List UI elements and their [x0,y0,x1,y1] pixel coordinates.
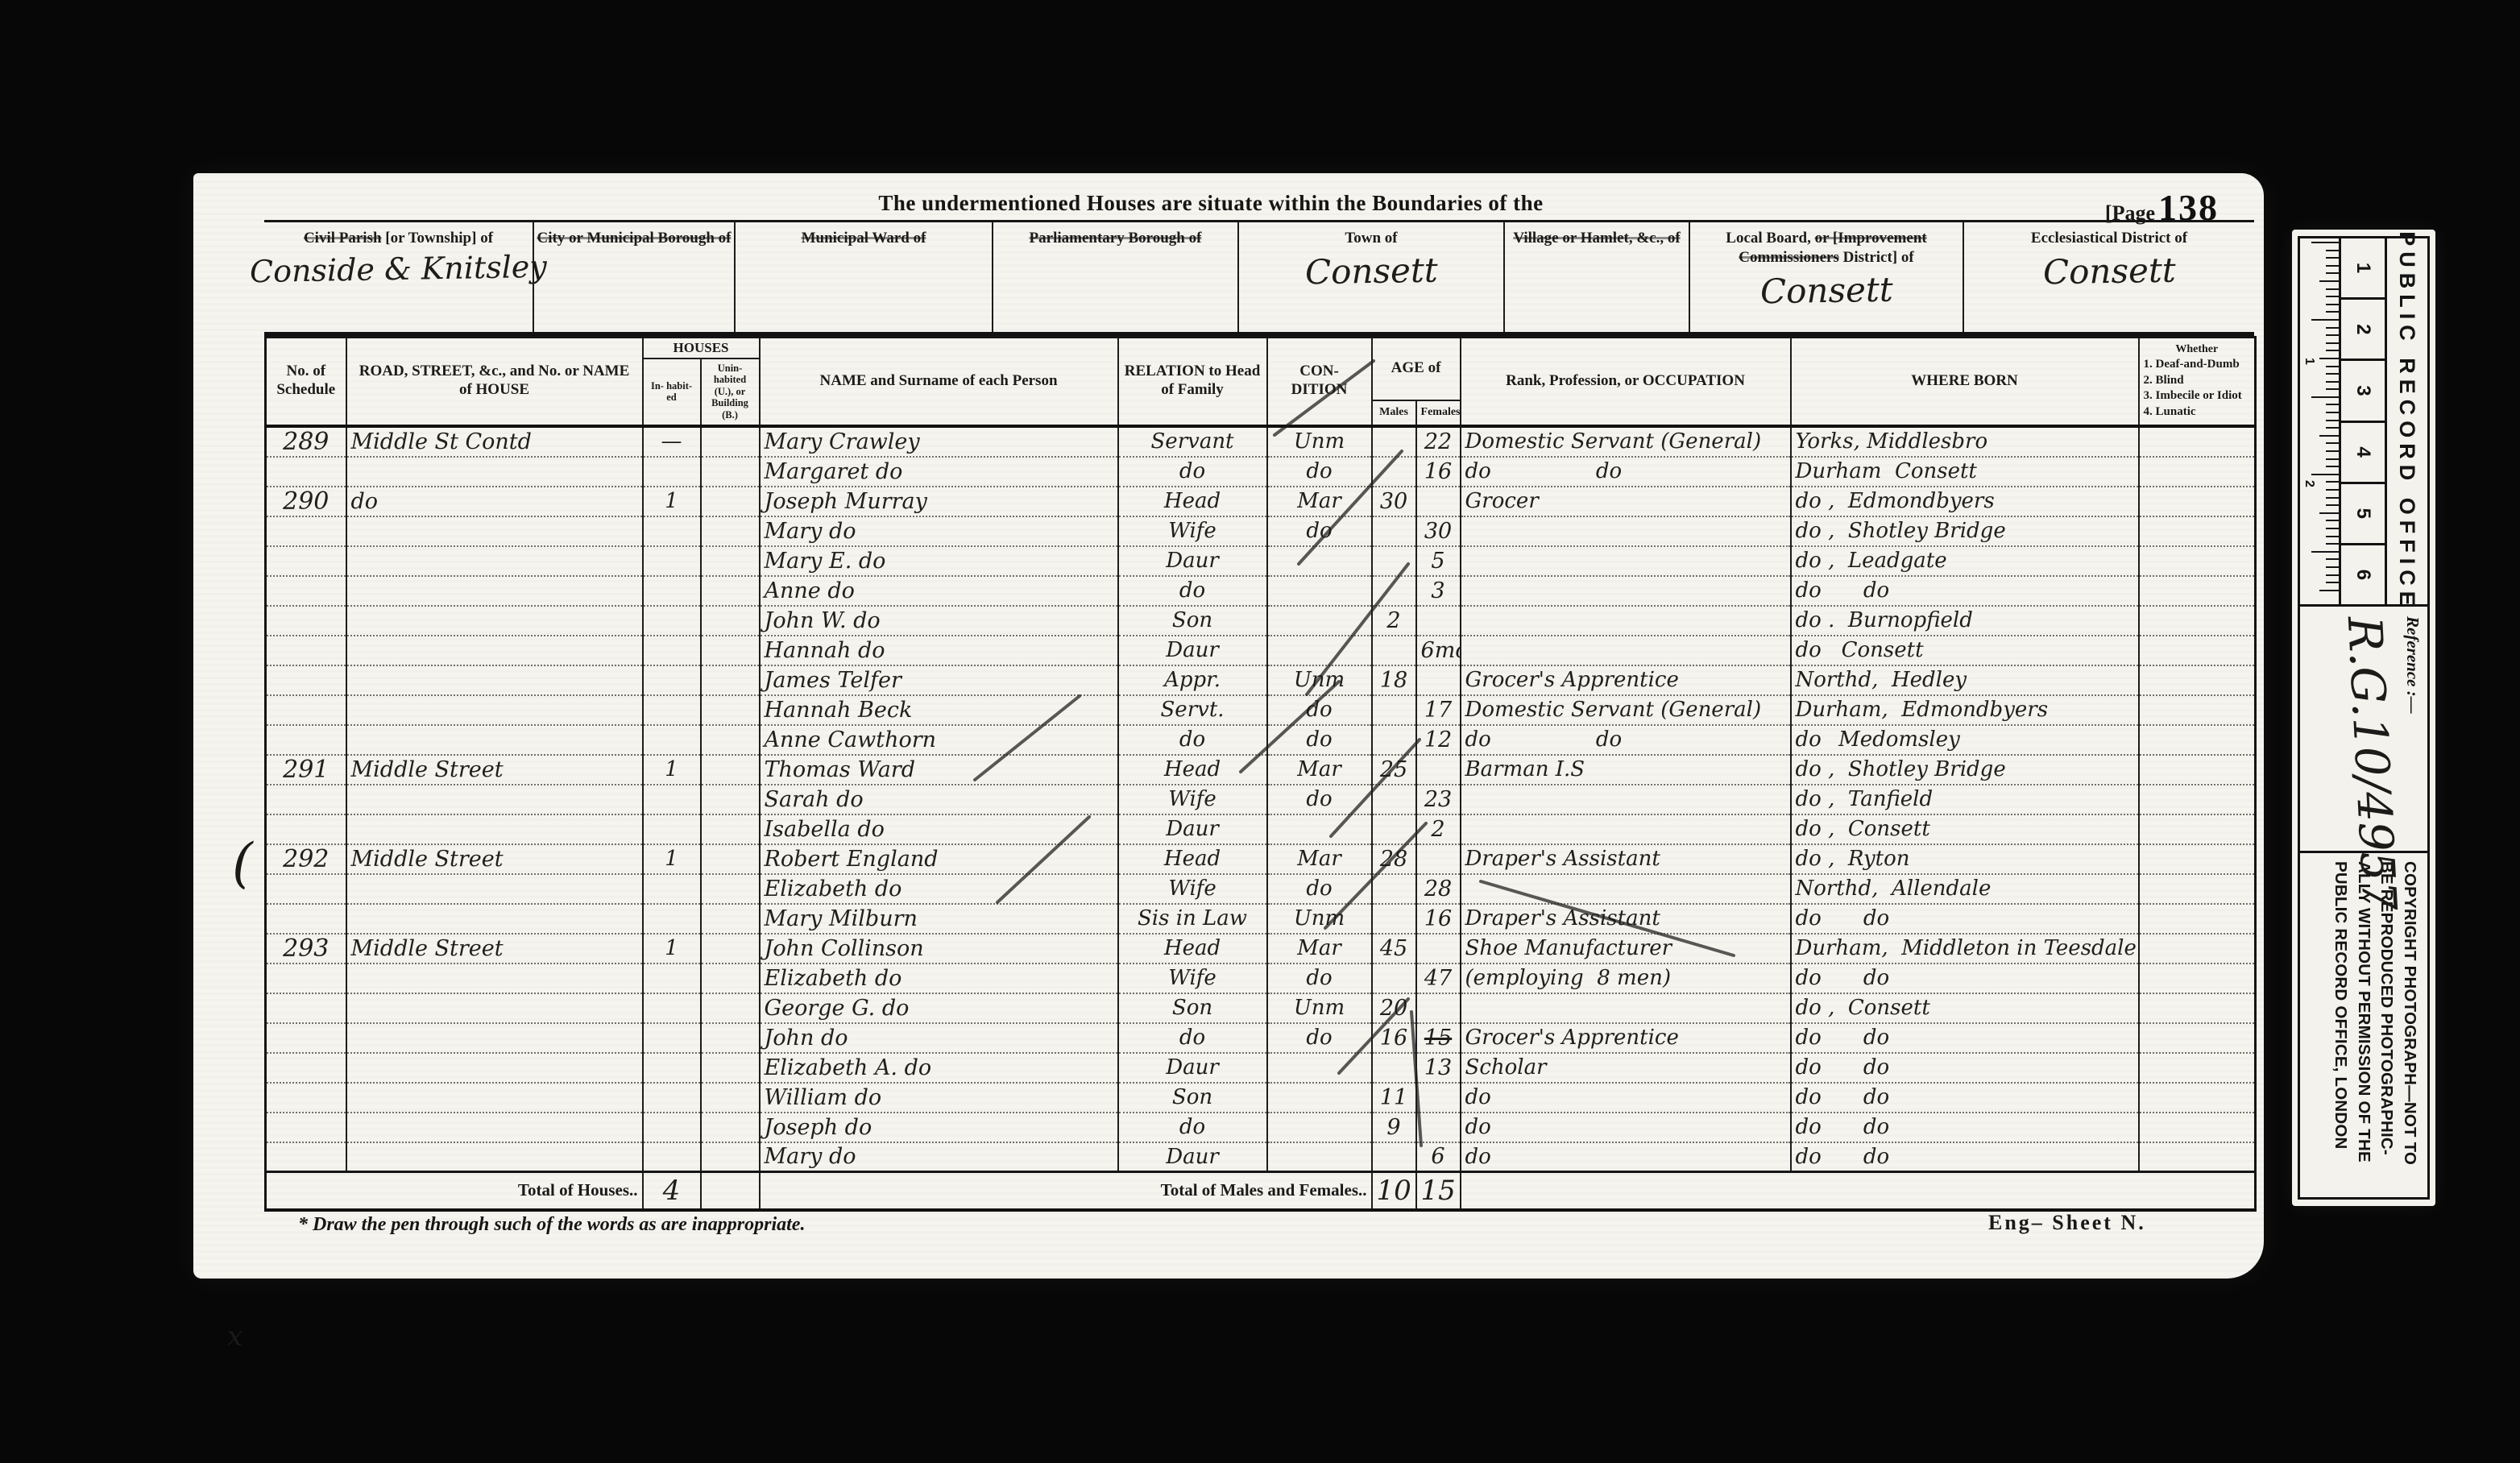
census-row: 292Middle Street1Robert EnglandHeadMar28… [266,844,2256,874]
cell-age_f: 6 [1416,1142,1461,1172]
cell-born: do , Leadgate [1791,546,2139,576]
cell-born: do do [1791,1053,2139,1083]
cell-born: do , Edmondbyers [1791,487,2139,516]
cell-schedule: 292 [266,844,346,874]
cell-inhabited [643,516,701,546]
cell-condition: Unm [1267,665,1372,695]
ruler: 1 2 [2300,238,2339,604]
cell-born: do . Burnopfield [1791,606,2139,636]
cell-uninhabited [701,874,760,904]
geography-band: Civil Parish [or Township] of Conside & … [264,220,2254,336]
cell-age_f: 5 [1416,546,1461,576]
cell-infirmity [2139,874,2256,904]
census-row: Sarah doWifedo23do , Tanfield [266,785,2256,814]
cell-street [346,1083,643,1113]
census-row: Mary E. doDaur5do , Leadgate [266,546,2256,576]
cell-infirmity [2139,1113,2256,1142]
cell-infirmity [2139,636,2256,665]
cell-relation: Son [1118,993,1267,1023]
cell-relation: Daur [1118,1053,1267,1083]
cell-relation: Daur [1118,1142,1267,1172]
cell-name: Elizabeth A. do [760,1053,1118,1083]
cell-condition: do [1267,874,1372,904]
cell-name: James Telfer [760,665,1118,695]
cell-born: do , Tanfield [1791,785,2139,814]
cell-occupation: Grocer [1461,487,1791,516]
cell-street [346,814,643,844]
census-row: Elizabeth A. doDaur13Scholardo do [266,1053,2256,1083]
cell-name: John W. do [760,606,1118,636]
cell-condition [1267,1142,1372,1172]
cell-street [346,457,643,487]
reference-value: R.G.10/4957 [2337,615,2404,842]
cell-inhabited [643,1083,701,1113]
cell-infirmity [2139,993,2256,1023]
cell-name: Hannah do [760,636,1118,665]
cell-inhabited [643,725,701,755]
cell-infirmity [2139,755,2256,785]
cell-schedule [266,964,346,993]
cell-infirmity [2139,606,2256,636]
cell-occupation: Barman I.S [1461,755,1791,785]
cell-street [346,1053,643,1083]
cell-schedule [266,546,346,576]
total-houses-label: Total of Houses.. [266,1172,643,1210]
margin-cross-mark: x [227,1320,242,1353]
cell-uninhabited [701,1142,760,1172]
cell-inhabited [643,636,701,665]
cell-age_f: 13 [1416,1053,1461,1083]
cell-age_f [1416,993,1461,1023]
cell-uninhabited [701,576,760,606]
cell-name: Mary E. do [760,546,1118,576]
cell-schedule: 293 [266,934,346,964]
reference-box: Reference :— R.G.10/4957 [2298,607,2430,853]
col-schedule: No. of Schedule [266,338,346,426]
field-village: Village or Hamlet, &c., of [1505,222,1690,332]
cell-name: John do [760,1023,1118,1053]
cell-inhabited [643,904,701,934]
cell-born: Yorks, Middlesbro [1791,426,2139,457]
cell-name: Elizabeth do [760,964,1118,993]
cell-name: Anne do [760,576,1118,606]
cell-uninhabited [701,426,760,457]
cell-occupation: do [1461,1083,1791,1113]
cell-schedule [266,457,346,487]
cell-uninhabited [701,964,760,993]
cell-age_m [1372,516,1416,546]
census-row: Anne dodo3do do [266,576,2256,606]
cell-condition [1267,636,1372,665]
cell-name: Robert England [760,844,1118,874]
cell-street: Middle St Contd [346,426,643,457]
cell-uninhabited [701,785,760,814]
cell-schedule [266,814,346,844]
ruler-tick [2326,381,2339,383]
cell-street [346,874,643,904]
cell-street: Middle Street [346,755,643,785]
cell-age_m [1372,695,1416,725]
cell-inhabited [643,457,701,487]
cell-age_m: 28 [1372,844,1416,874]
reference-label: Reference :— [2402,616,2423,841]
ecclesiastical-value: Consett [2042,250,2175,292]
ruler-tick [2319,590,2339,591]
cell-street [346,904,643,934]
cell-age_f [1416,844,1461,874]
cell-born: Durham Consett [1791,457,2139,487]
cell-occupation [1461,814,1791,844]
cell-relation: Head [1118,844,1267,874]
sheet-label: Eng– Sheet N. [1988,1211,2146,1235]
cell-age_f: 15 [1416,1023,1461,1053]
cell-occupation [1461,606,1791,636]
cell-inhabited [643,1053,701,1083]
total-mf-label: Total of Males and Females.. [760,1172,1372,1210]
cell-condition: do [1267,516,1372,546]
col-name: NAME and Surname of each Person [760,338,1118,426]
ruler-tick [2311,319,2339,321]
cell-born: do , Shotley Bridge [1791,755,2139,785]
cell-uninhabited [701,665,760,695]
census-row: John dododo1615Grocer's Apprenticedo do [266,1023,2256,1053]
cell-name: Anne Cawthorn [760,725,1118,755]
cell-born: do , Ryton [1791,844,2139,874]
cell-inhabited [643,993,701,1023]
ruler-tick [2326,574,2339,576]
scale-cells: 1 2 3 4 5 6 [2339,238,2387,604]
cell-relation: Wife [1118,874,1267,904]
cell-condition: Mar [1267,487,1372,516]
ruler-tick [2326,528,2339,529]
census-row: Joseph dodo9dodo do [266,1113,2256,1142]
cell-born: Durham, Edmondbyers [1791,695,2139,725]
cell-uninhabited [701,993,760,1023]
cell-occupation [1461,516,1791,546]
ruler-tick [2326,272,2339,274]
totals-row: Total of Houses.. 4 Total of Males and F… [266,1172,2256,1210]
field-parliamentary-borough: Parliamentary Borough of [993,222,1239,332]
ruler-tick [2326,558,2339,560]
cell-uninhabited [701,606,760,636]
ruler-tick [2326,350,2339,351]
cell-relation: Head [1118,934,1267,964]
ruler-tick [2326,296,2339,297]
ruler-tick [2326,536,2339,537]
cell-name: Joseph Murray [760,487,1118,516]
cell-infirmity [2139,904,2256,934]
ruler-tick [2326,412,2339,413]
cell-born: do do [1791,1023,2139,1053]
census-row: Elizabeth doWifedo47(employing 8 men)do … [266,964,2256,993]
census-document: The undermentioned Houses are situate wi… [193,173,2264,1279]
cell-street [346,785,643,814]
cell-age_m: 9 [1372,1113,1416,1142]
cell-occupation: do do [1461,457,1791,487]
cell-name: Hannah Beck [760,695,1118,725]
cell-condition: Unm [1267,904,1372,934]
cell-age_f: 28 [1416,874,1461,904]
cell-born: do do [1791,1142,2139,1172]
cell-age_f [1416,665,1461,695]
cell-born: do , Consett [1791,993,2139,1023]
cell-age_f: 2 [1416,814,1461,844]
cell-age_m [1372,785,1416,814]
ruler-tick [2326,520,2339,521]
census-row: Mary doDaur6dodo do [266,1142,2256,1172]
col-inhabited: In- habit- ed [643,358,701,426]
table-header: No. of Schedule ROAD, STREET, &c., and N… [266,338,2256,426]
cell-schedule [266,785,346,814]
cell-street [346,725,643,755]
ruler-tick [2319,435,2339,437]
ruler-tick [2326,257,2339,259]
field-municipal-ward: Municipal Ward of [736,222,993,332]
cell-relation: Daur [1118,814,1267,844]
cell-born: do do [1791,964,2139,993]
cell-relation: Wife [1118,785,1267,814]
census-row: William doSon11dodo do [266,1083,2256,1113]
cell-name: John Collinson [760,934,1118,964]
cell-born: do , Consett [1791,814,2139,844]
cell-uninhabited [701,1113,760,1142]
cell-condition: do [1267,457,1372,487]
cell-infirmity [2139,546,2256,576]
ruler-tick [2326,265,2339,267]
census-row: Mary MilburnSis in LawUnm16Draper's Assi… [266,904,2256,934]
col-males: Males [1372,400,1416,426]
total-males-value: 10 [1372,1172,1416,1210]
cell-age_m [1372,874,1416,904]
cell-relation: Servt. [1118,695,1267,725]
cell-born: do do [1791,576,2139,606]
cell-occupation: Domestic Servant (General) [1461,695,1791,725]
cell-inhabited [643,1113,701,1142]
cell-street [346,993,643,1023]
cell-occupation: Draper's Assistant [1461,844,1791,874]
cell-schedule [266,516,346,546]
cell-name: Thomas Ward [760,755,1118,785]
field-civil-parish: Civil Parish [or Township] of Conside & … [264,222,534,332]
ruler-tick [2326,366,2339,367]
cell-street [346,1142,643,1172]
cell-street: Middle Street [346,844,643,874]
cell-born: Northd, Allendale [1791,874,2139,904]
ruler-tick [2326,404,2339,405]
col-houses: HOUSES [643,338,760,358]
cell-age_f [1416,487,1461,516]
cell-infirmity [2139,426,2256,457]
cell-inhabited: 1 [643,487,701,516]
cell-condition [1267,606,1372,636]
cell-occupation: do [1461,1113,1791,1142]
cell-street: Middle Street [346,934,643,964]
ruler-tick [2326,481,2339,483]
cell-street: do [346,487,643,516]
cell-relation: Daur [1118,636,1267,665]
cell-born: do Medomsley [1791,725,2139,755]
ruler-tick [2326,466,2339,467]
cell-relation: Servant [1118,426,1267,457]
cell-inhabited [643,1023,701,1053]
cell-relation: Head [1118,755,1267,785]
cell-uninhabited [701,487,760,516]
cell-occupation: Shoe Manufacturer [1461,934,1791,964]
census-row: 291Middle Street1Thomas WardHeadMar25Bar… [266,755,2256,785]
cell-age_m [1372,1053,1416,1083]
cell-inhabited [643,576,701,606]
cell-street [346,636,643,665]
cell-occupation [1461,636,1791,665]
cell-age_m [1372,457,1416,487]
cell-name: Elizabeth do [760,874,1118,904]
cell-occupation [1461,576,1791,606]
cell-condition [1267,1113,1372,1142]
census-row: Anne Cawthorndodo12do dodo Medomsley [266,725,2256,755]
field-town: Town of Consett [1239,222,1505,332]
ruler-tick [2326,582,2339,583]
cell-occupation: Grocer's Apprentice [1461,1023,1791,1053]
cell-occupation [1461,874,1791,904]
cell-inhabited: 1 [643,844,701,874]
cell-infirmity [2139,1053,2256,1083]
cell-condition: Mar [1267,844,1372,874]
cell-name: Joseph do [760,1113,1118,1142]
photographic-scale: PUBLIC RECORD OFFICE 1 2 3 4 5 6 1 2 [2298,236,2430,607]
cell-age_m: 18 [1372,665,1416,695]
total-females-value: 15 [1416,1172,1461,1210]
cell-condition: do [1267,964,1372,993]
cell-relation: do [1118,725,1267,755]
cell-uninhabited [701,1023,760,1053]
cell-street [346,606,643,636]
ruler-tick [2319,280,2339,282]
cell-age_f: 12 [1416,725,1461,755]
cell-name: Mary do [760,1142,1118,1172]
cell-schedule: 291 [266,755,346,785]
census-row: Mary doWifedo30do , Shotley Bridge [266,516,2256,546]
pro-strip-content: PUBLIC RECORD OFFICE 1 2 3 4 5 6 1 2 Ref… [2298,236,2430,1200]
cell-relation: Head [1118,487,1267,516]
cell-occupation: (employing 8 men) [1461,964,1791,993]
film-background: { "page": { "title_line": "The underment… [0,0,2520,1463]
cell-condition: do [1267,695,1372,725]
ruler-tick [2326,566,2339,568]
cell-name: William do [760,1083,1118,1113]
cell-name: Sarah do [760,785,1118,814]
cell-condition: do [1267,1023,1372,1053]
cell-age_f: 47 [1416,964,1461,993]
cell-age_f: 17 [1416,695,1461,725]
cell-infirmity [2139,1083,2256,1113]
cell-age_m: 45 [1372,934,1416,964]
cell-born: Durham, Middleton in Teesdale [1791,934,2139,964]
cell-name: Mary do [760,516,1118,546]
census-row: Elizabeth doWifedo28Northd, Allendale [266,874,2256,904]
ruler-tick [2326,497,2339,499]
cell-street [346,546,643,576]
cell-inhabited [643,785,701,814]
cell-schedule [266,904,346,934]
ruler-tick [2326,250,2339,251]
census-row: 289Middle St Contd—Mary CrawleyServantUn… [266,426,2256,457]
col-relation: RELATION to Head of Family [1118,338,1267,426]
col-age: AGE of [1372,338,1461,400]
cell-schedule: 289 [266,426,346,457]
cell-infirmity [2139,576,2256,606]
cell-born: do , Shotley Bridge [1791,516,2139,546]
cell-occupation: Scholar [1461,1053,1791,1083]
cell-schedule [266,576,346,606]
ruler-tick [2326,450,2339,452]
cell-relation: Wife [1118,964,1267,993]
cell-age_m [1372,636,1416,665]
cell-born: Northd, Hedley [1791,665,2139,695]
ruler-tick [2326,311,2339,313]
cell-inhabited [643,1142,701,1172]
cell-relation: do [1118,457,1267,487]
cell-infirmity [2139,844,2256,874]
cell-uninhabited [701,904,760,934]
ruler-tick [2319,358,2339,359]
cell-condition [1267,1053,1372,1083]
cell-schedule [266,993,346,1023]
cell-schedule: 290 [266,487,346,516]
census-row: John W. doSon2do . Burnopfield [266,606,2256,636]
cell-infirmity [2139,964,2256,993]
cell-infirmity [2139,516,2256,546]
col-uninhabited: Unin- habited (U.), or Building (B.) [701,358,760,426]
census-row: Margaret dododo16do doDurham Consett [266,457,2256,487]
cell-uninhabited [701,725,760,755]
cell-age_f: 30 [1416,516,1461,546]
cell-infirmity [2139,1023,2256,1053]
ruler-tick [2326,288,2339,290]
cell-inhabited [643,695,701,725]
cell-street [346,1023,643,1053]
ruler-tick [2311,396,2339,398]
cell-name: Margaret do [760,457,1118,487]
cell-schedule [266,1053,346,1083]
cell-born: do do [1791,904,2139,934]
cell-uninhabited [701,1083,760,1113]
cell-age_m [1372,814,1416,844]
cell-condition [1267,546,1372,576]
cell-name: Mary Crawley [760,426,1118,457]
col-condition: CON- DITION [1267,338,1372,426]
cell-age_m: 11 [1372,1083,1416,1113]
margin-bracket-mark: ( [232,832,253,894]
table-body: 289Middle St Contd—Mary CrawleyServantUn… [266,426,2256,1172]
cell-infirmity [2139,785,2256,814]
town-value: Consett [1304,250,1437,292]
census-row: Hannah doDaur6mos.do Consett [266,636,2256,665]
ruler-tick [2326,442,2339,444]
cell-age_m: 20 [1372,993,1416,1023]
cell-infirmity [2139,487,2256,516]
cell-age_m [1372,576,1416,606]
cell-schedule [266,636,346,665]
local-board-value: Consett [1759,269,1892,311]
cell-age_m: 25 [1372,755,1416,785]
cell-infirmity [2139,725,2256,755]
cell-condition: do [1267,785,1372,814]
cell-infirmity [2139,695,2256,725]
ruler-tick [2319,512,2339,514]
ruler-tick [2311,242,2339,243]
cell-condition: Mar [1267,755,1372,785]
ruler-tick [2326,420,2339,421]
